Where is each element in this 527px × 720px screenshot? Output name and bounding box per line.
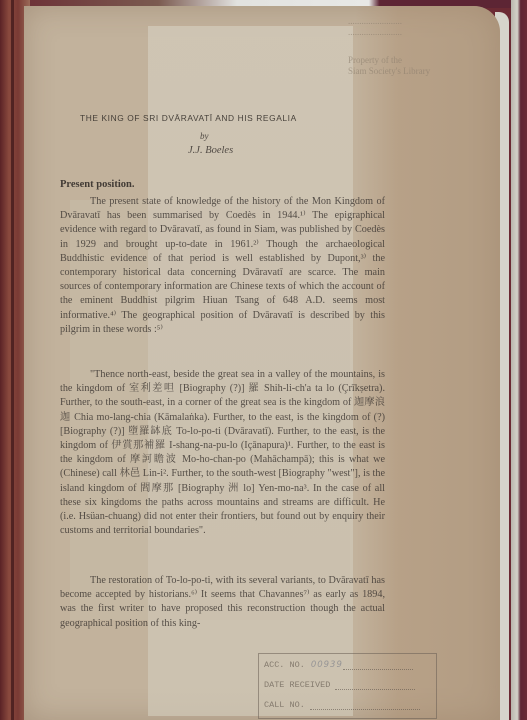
date-received-row: DATE RECEIVED	[264, 680, 428, 692]
stamp-line: Property of the	[348, 55, 468, 66]
acc-no-row: ACC. NO.00939	[264, 660, 428, 672]
book-cover-right	[511, 0, 527, 720]
acc-no-value: 00939	[311, 660, 343, 670]
paragraph-3: The restoration of To-lo-po-ti, with its…	[60, 574, 385, 631]
section-heading: Present position.	[60, 179, 134, 190]
paragraph-text: The present state of knowledge of the hi…	[60, 195, 385, 337]
dotted-line	[335, 681, 415, 690]
library-accession-stamp: ACC. NO.00939 DATE RECEIVED CALL NO.	[258, 653, 437, 719]
date-received-label: DATE RECEIVED	[264, 680, 330, 690]
paragraph-quote: "Thence north-east, beside the great sea…	[60, 368, 385, 538]
dotted-line	[343, 661, 413, 670]
byline: by	[200, 131, 209, 141]
author-name: J.J. Boeles	[188, 145, 233, 156]
call-no-row: CALL NO.	[264, 700, 428, 712]
article-title: THE KING OF SRI DVĀRAVATĪ AND HIS REGALI…	[80, 113, 370, 123]
paragraph-1: The present state of knowledge of the hi…	[60, 195, 385, 337]
paragraph-text: The restoration of To-lo-po-ti, with its…	[60, 574, 385, 631]
stamp-line: Siam Society's Library	[348, 66, 468, 77]
stamp-line: ........................	[348, 16, 468, 27]
binding-groove	[11, 0, 14, 720]
dotted-line	[310, 701, 420, 710]
stamp-line: ........................	[348, 27, 468, 38]
call-no-label: CALL NO.	[264, 700, 305, 710]
acc-no-label: ACC. NO.	[264, 660, 305, 670]
stamp-line	[348, 38, 468, 49]
library-property-stamp: ........................ ...............…	[348, 16, 468, 77]
paragraph-text: "Thence north-east, beside the great sea…	[60, 368, 385, 538]
